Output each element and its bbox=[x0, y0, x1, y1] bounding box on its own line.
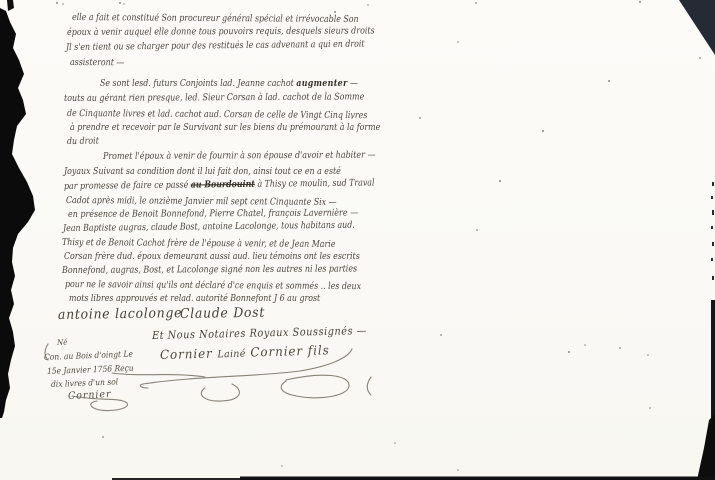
scan-artifacts-layer bbox=[0, 0, 715, 480]
manuscript-page-scan: elle a fait et constitué Son procureur g… bbox=[0, 0, 715, 480]
left-scan-border-top-sliver bbox=[7, 0, 14, 11]
bottom-scan-edge-dark bbox=[240, 477, 715, 480]
right-edge-specks bbox=[711, 182, 714, 280]
signature-flourish bbox=[45, 344, 371, 411]
top-right-scan-corner bbox=[679, 0, 715, 55]
ink-specks bbox=[56, 1, 701, 471]
bottom-right-scan-blob bbox=[697, 414, 715, 480]
left-scan-border bbox=[0, 8, 35, 418]
